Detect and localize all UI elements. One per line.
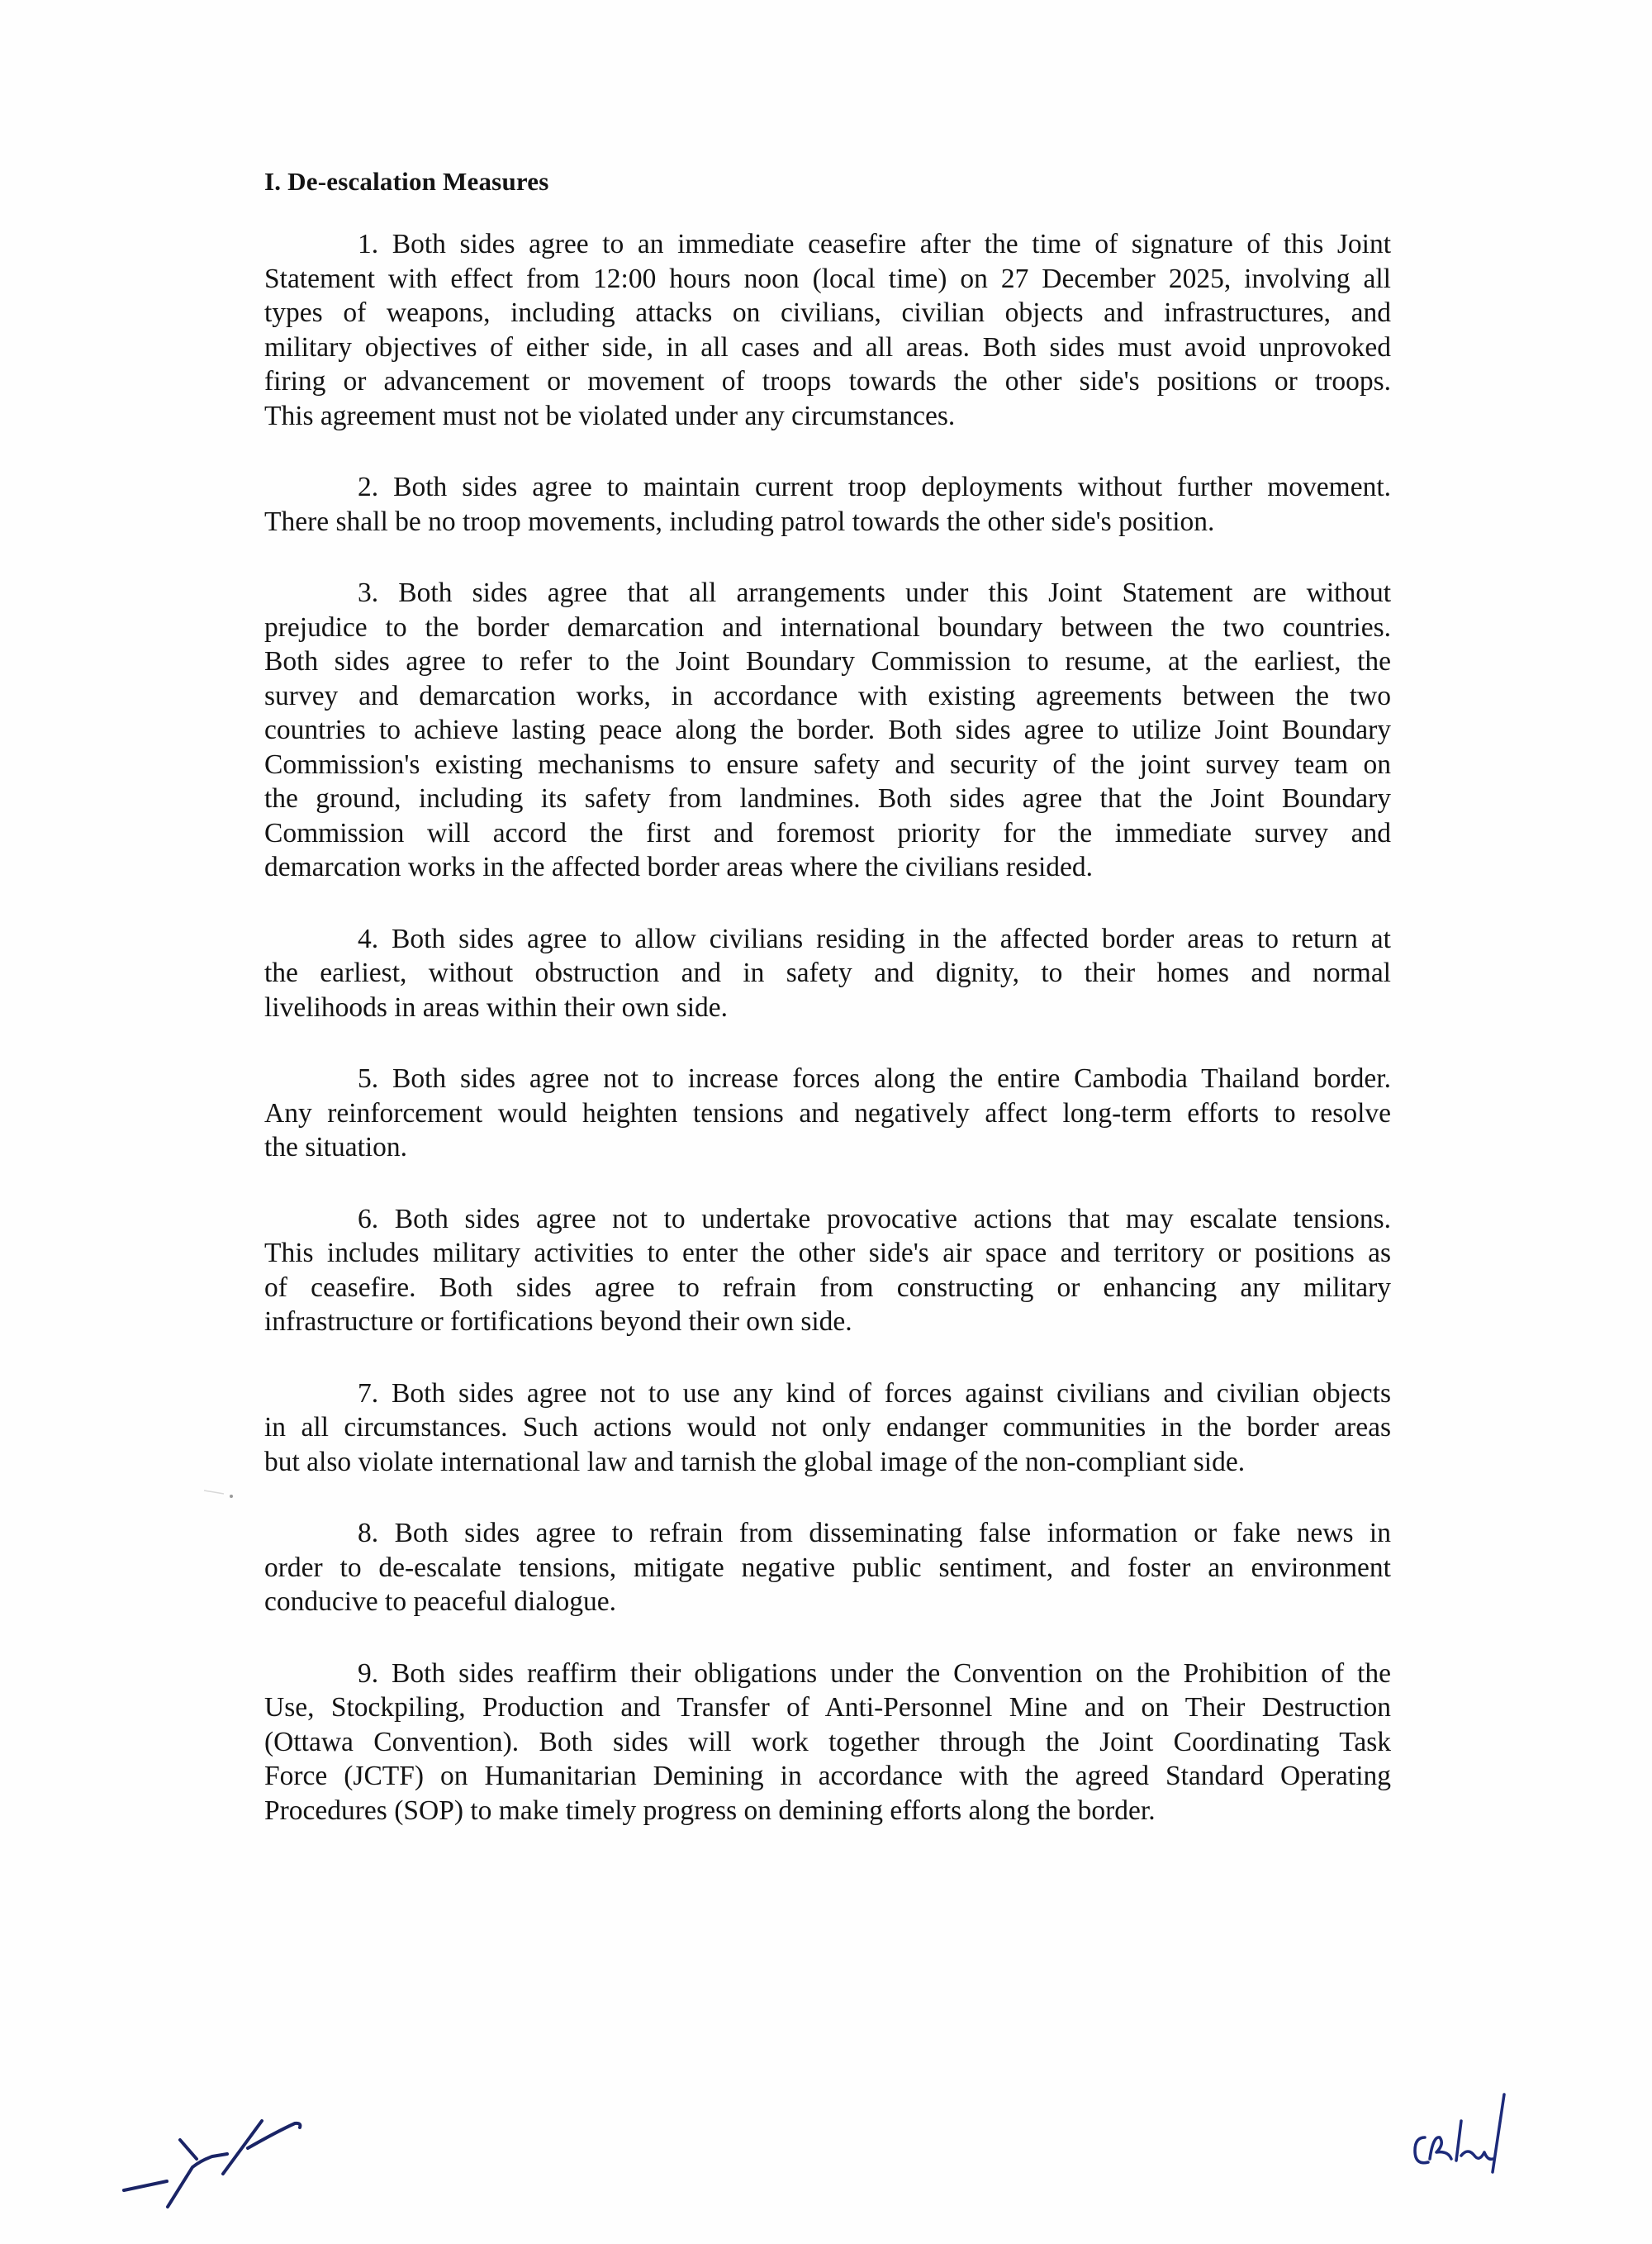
clause-line: Commission will accord the first and for… xyxy=(264,816,1391,851)
clause-line: Force (JCTF) on Humanitarian Demining in… xyxy=(264,1759,1391,1794)
clause-5: 5. Both sides agree not to increase forc… xyxy=(264,1062,1391,1165)
clause-line: 3. Both sides agree that all arrangement… xyxy=(264,576,1391,611)
clause-line: This agreement must not be violated unde… xyxy=(264,399,1391,434)
clause-line: Procedures (SOP) to make timely progress… xyxy=(264,1794,1391,1828)
document-page: I. De-escalation Measures 1. Both sides … xyxy=(0,0,1652,2244)
scan-artifact-mark xyxy=(202,1487,235,1499)
clause-6: 6. Both sides agree not to undertake pro… xyxy=(264,1202,1391,1339)
clause-8: 8. Both sides agree to refrain from diss… xyxy=(264,1516,1391,1619)
clause-line: firing or advancement or movement of tro… xyxy=(264,364,1391,399)
clause-line: There shall be no troop movements, inclu… xyxy=(264,505,1391,540)
clause-line: countries to achieve lasting peace along… xyxy=(264,713,1391,748)
right-signature xyxy=(1400,2086,1524,2189)
clause-4: 4. Both sides agree to allow civilians r… xyxy=(264,922,1391,1025)
clause-line: demarcation works in the affected border… xyxy=(264,850,1391,885)
clause-line: Commission's existing mechanisms to ensu… xyxy=(264,748,1391,782)
clause-line: of ceasefire. Both sides agree to refrai… xyxy=(264,1271,1391,1305)
clause-line: order to de-escalate tensions, mitigate … xyxy=(264,1551,1391,1586)
clause-line: types of weapons, including attacks on c… xyxy=(264,296,1391,330)
document-body: 1. Both sides agree to an immediate ceas… xyxy=(264,227,1391,1865)
clause-1: 1. Both sides agree to an immediate ceas… xyxy=(264,227,1391,433)
left-signature xyxy=(112,2111,310,2218)
clause-line: Use, Stockpiling, Production and Transfe… xyxy=(264,1690,1391,1725)
clause-line: (Ottawa Convention). Both sides will wor… xyxy=(264,1725,1391,1760)
clause-line: 1. Both sides agree to an immediate ceas… xyxy=(264,227,1391,262)
clause-line: the earliest, without obstruction and in… xyxy=(264,956,1391,991)
clause-line: infrastructure or fortifications beyond … xyxy=(264,1305,1391,1339)
clause-line: the ground, including its safety from la… xyxy=(264,782,1391,816)
clause-line: 7. Both sides agree not to use any kind … xyxy=(264,1376,1391,1411)
clause-line: survey and demarcation works, in accorda… xyxy=(264,679,1391,714)
clause-line: livelihoods in areas within their own si… xyxy=(264,991,1391,1025)
clause-9: 9. Both sides reaffirm their obligations… xyxy=(264,1657,1391,1828)
clause-line: in all circumstances. Such actions would… xyxy=(264,1410,1391,1445)
clause-line: Any reinforcement would heighten tension… xyxy=(264,1096,1391,1131)
clause-line: 9. Both sides reaffirm their obligations… xyxy=(264,1657,1391,1691)
clause-line: 6. Both sides agree not to undertake pro… xyxy=(264,1202,1391,1237)
clause-line: This includes military activities to ent… xyxy=(264,1236,1391,1271)
clause-2: 2. Both sides agree to maintain current … xyxy=(264,470,1391,539)
clause-3: 3. Both sides agree that all arrangement… xyxy=(264,576,1391,885)
section-heading: I. De-escalation Measures xyxy=(264,165,549,198)
clause-line: prejudice to the border demarcation and … xyxy=(264,611,1391,645)
clause-line: conducive to peaceful dialogue. xyxy=(264,1585,1391,1619)
clause-line: but also violate international law and t… xyxy=(264,1445,1391,1480)
clause-line: 5. Both sides agree not to increase forc… xyxy=(264,1062,1391,1096)
clause-line: 4. Both sides agree to allow civilians r… xyxy=(264,922,1391,957)
clause-7: 7. Both sides agree not to use any kind … xyxy=(264,1376,1391,1480)
clause-line: 8. Both sides agree to refrain from diss… xyxy=(264,1516,1391,1551)
clause-line: the situation. xyxy=(264,1130,1391,1165)
clause-line: Both sides agree to refer to the Joint B… xyxy=(264,644,1391,679)
clause-line: Statement with effect from 12:00 hours n… xyxy=(264,262,1391,297)
clause-line: 2. Both sides agree to maintain current … xyxy=(264,470,1391,505)
clause-line: military objectives of either side, in a… xyxy=(264,330,1391,365)
